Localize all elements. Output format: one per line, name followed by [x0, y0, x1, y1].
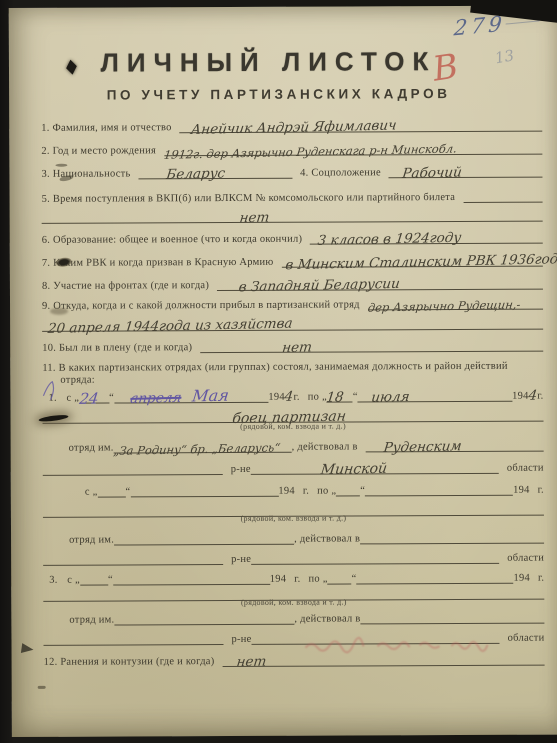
unit2-deystvoval-line — [360, 530, 544, 545]
field-captivity-value: нет — [281, 339, 313, 356]
field-rvk-label: 7. Каким РВК и когда призван в Красную А… — [42, 257, 274, 269]
unit3-position-hint: (рядовой, ком. взвода и т. д.) — [163, 597, 424, 607]
unit3-from-g: г. — [294, 574, 300, 585]
unit3-to-year-printed: 194 — [513, 573, 530, 584]
unit1-position-hint-row: (рядовой, ком. взвода и т. д.) — [43, 420, 544, 432]
field-birth-label: 2. Год и место рождения — [41, 145, 156, 157]
field-birth-line: 1912г. дер Азярычно Руденскага р-н Минск… — [164, 141, 542, 157]
field-arrival-line2: 20 апреля 1944года из хазяйства — [42, 316, 543, 332]
field-captivity: 10. Был ли в плену (где и когда) нет — [42, 336, 543, 354]
field-social-value: Рабочий — [402, 164, 463, 181]
unit1-from-open: с „ — [66, 393, 79, 404]
paper-sheet: 279 В 13 ЛИЧНЫЙ ЛИСТОК ПО УЧЕТУ ПАРТИЗАН… — [9, 6, 557, 737]
field-party-line: нет — [42, 208, 543, 224]
field-fronts-line: в Западняй Беларусии — [217, 276, 543, 291]
unit3-district-blank — [43, 631, 223, 646]
field-nationality-label: 3. Национальность — [41, 168, 130, 179]
unit1-from-month: Мая — [191, 386, 230, 405]
unit3-to-day-line — [328, 570, 352, 584]
unit2-otryad-line — [114, 531, 294, 546]
unit2-name-row: отряд им. , действовал в — [69, 528, 544, 546]
field-party-label-row: 5. Время поступления в ВКП(б) или ВЛКСМ … — [42, 187, 543, 205]
unit2-to-g: г. — [538, 485, 544, 496]
field-fronts-value: в Западняй Беларусии — [238, 276, 401, 296]
page-number-stamp: 279 — [453, 11, 507, 40]
field-surname: 1. Фамилия, имя и отчество Анейчик Андрэ… — [41, 116, 542, 134]
unit3-from-day-line — [80, 572, 108, 586]
unit1-to-year-digit: 4 — [528, 388, 539, 404]
unit1-oblast-label: области — [507, 463, 544, 474]
field-arrival-value1: дер Азярычно Рудещин,- — [367, 297, 521, 314]
unit2-oblast-label: области — [507, 553, 544, 564]
unit2-to-year-printed: 194 — [513, 485, 530, 496]
field-units-label2: отряда: — [60, 375, 95, 386]
paper-speck — [38, 686, 46, 689]
unit2-to-open: по „ — [317, 486, 336, 497]
unit1-from-month-crossed: апреля — [129, 390, 182, 407]
field-social-label: 4. Соцположение — [300, 167, 381, 178]
unit2-from-day-line — [98, 483, 126, 497]
field-arrival-label: 9. Откуда, когда и с какой должности при… — [42, 299, 360, 311]
unit2-from-year-printed: 194 — [278, 486, 295, 497]
field-captivity-line: нет — [200, 338, 543, 353]
unit2-otryad-label: отряд им. — [69, 535, 114, 546]
field-education: 6. Образование: общее и военное (что и к… — [42, 228, 543, 246]
field-education-value: 3 класов в 1924году — [317, 230, 462, 249]
field-arrival-line1: дер Азярычно Рудещин,- — [368, 296, 543, 311]
unit1-district-blank — [43, 461, 223, 476]
unit3-from-year-printed: 194 — [270, 574, 287, 585]
field-nationality-social: 3. Национальность Беларус 4. Соцположени… — [41, 162, 542, 180]
unit2-position-hint: (рядовой, ком. взвода и т. д.) — [163, 513, 424, 523]
scanned-document: 279 В 13 ЛИЧНЫЙ ЛИСТОК ПО УЧЕТУ ПАРТИЗАН… — [0, 0, 557, 743]
unit1-position-hint: (рядовой, ком. взвода и т. д.) — [163, 421, 424, 431]
unit1-rne-label: р-не — [231, 464, 251, 475]
field-surname-label: 1. Фамилия, имя и отчество — [41, 122, 171, 134]
unit1-to-day: 18 — [326, 389, 345, 405]
unit2-rne-label: р-не — [231, 554, 251, 565]
field-party-label: 5. Время поступления в ВКП(б) или ВЛКСМ … — [42, 192, 456, 205]
field-fronts: 8. Участие на фронтах (где и когда) в За… — [42, 274, 543, 292]
unit1-deystvoval-line: Руденским — [366, 438, 544, 453]
field-birth-value: 1912г. дер Азярычно Руденскага р-н Минск… — [163, 141, 457, 161]
field-captivity-label: 10. Был ли в плену (где и когда) — [42, 342, 192, 354]
unit1-from-year-printed: 194 — [268, 392, 285, 403]
unit1-to-year-printed: 194 — [512, 391, 529, 402]
unit3-name-row: отряд им. , действовал в — [69, 608, 544, 626]
field-arrival-label-row: 9. Откуда, когда и с какой должности при… — [42, 294, 543, 312]
field-rvk-line: в Минским Сталинским РВК 1936году. — [281, 253, 542, 268]
unit1-dates-row: 1. с „ 24 “ апреля Мая 194 4 г. по „ 18 … — [48, 386, 543, 404]
faded-red-annotation — [301, 636, 521, 655]
unit2-district-row: р-не области — [43, 548, 544, 566]
unit1-otryad-label: отряд им. — [69, 443, 114, 454]
unit3-to-month-line — [357, 570, 514, 585]
unit2-dates-row: с „ “ 194 г. по „ “ 194 г. — [85, 480, 544, 498]
field-wounds-label: 12. Ранения и контузии (где и когда) — [44, 656, 215, 668]
field-arrival-answer-row: 20 апреля 1944года из хазяйства — [42, 314, 543, 332]
field-party-short-line — [463, 189, 543, 203]
unit1-rne-value: Минской — [320, 461, 388, 478]
unit1-from-g: г. — [293, 392, 299, 403]
unit1-to-day-line: 18 — [327, 388, 353, 402]
unit1-rne-line: Минской — [251, 460, 499, 475]
unit2-from-g: г. — [303, 486, 309, 497]
paper-smudge — [50, 308, 68, 315]
field-surname-value: Анейчик Андрэй Яфимлавич — [191, 117, 398, 137]
unit2-from-open: с „ — [85, 487, 98, 498]
document-subtitle: ПО УЧЕТУ ПАРТИЗАНСКИХ КАДРОВ — [9, 86, 548, 103]
field-birth: 2. Год и место рождения 1912г. дер Азяры… — [41, 139, 542, 157]
unit1-from-day: 24 — [78, 389, 99, 407]
unit1-to-open: по „ — [308, 392, 327, 403]
unit3-to-g: г. — [538, 573, 544, 584]
field-social-line: Рабочий — [389, 164, 543, 179]
unit3-position-hint-row: (рядовой, ком. взвода и т. д.) — [43, 596, 544, 608]
margin-arrow-mark — [21, 643, 34, 655]
field-fronts-label: 8. Участие на фронтах (где и когда) — [42, 280, 209, 292]
unit1-deystvoval-value: Руденским — [383, 438, 463, 456]
unit1-to-g: г. — [537, 391, 543, 402]
field-units-heading2: отряда: — [60, 368, 543, 386]
unit3-from-open: с „ — [67, 575, 80, 586]
unit3-deystvoval-label: , действовал в — [294, 613, 360, 624]
document-title: ЛИЧНЫЙ ЛИСТОК — [9, 46, 528, 79]
unit3-from-month-line — [113, 571, 270, 586]
field-rvk: 7. Каким РВК и когда призван в Красную А… — [42, 251, 543, 269]
unit1-otryad-line: „За Родину“ бр. „Беларусь“ — [114, 439, 292, 454]
field-rvk-value: в Минским Сталинским РВК 1936году. — [284, 251, 557, 273]
unit2-position-hint-row: (рядовой, ком. взвода и т. д.) — [43, 512, 544, 524]
unit2-rne-line — [251, 550, 499, 565]
field-surname-line: Анейчик Андрэй Яфимлавич — [180, 118, 543, 134]
unit1-from-month-line: апреля Мая — [114, 389, 268, 404]
unit1-from-day-line: 24 — [79, 390, 109, 404]
field-arrival-value2: 20 апреля 1944года из хазяйства — [47, 316, 294, 337]
field-education-label: 6. Образование: общее и военное (что и к… — [42, 234, 302, 246]
field-nationality-line: Беларус — [138, 165, 292, 180]
unit3-number: 3. — [49, 575, 67, 586]
field-party-answer-row: нет — [42, 206, 543, 224]
unit2-from-month-line — [130, 483, 278, 498]
unit1-district-row: р-не Минской области — [43, 458, 544, 476]
margin-check-mark — [40, 380, 60, 402]
unit2-deystvoval-label: , действовал в — [294, 533, 360, 544]
unit3-deystvoval-line — [361, 610, 545, 625]
unit1-otryad-value: „За Родину“ бр. „Беларусь“ — [113, 440, 282, 458]
field-wounds-value: нет — [235, 654, 267, 671]
field-party-value: нет — [239, 210, 271, 227]
field-nationality-value: Беларус — [166, 166, 227, 183]
unit1-deystvoval-label: , действовал в — [292, 441, 358, 452]
unit2-to-month-line — [365, 482, 513, 497]
unit3-rne-label: р-не — [231, 634, 251, 645]
field-education-line: 3 класов в 1924году — [310, 230, 543, 245]
unit1-to-month-line: июля — [358, 388, 512, 403]
unit1-name-row: отряд им. „За Родину“ бр. „Беларусь“ , д… — [69, 436, 544, 454]
unit3-otryad-label: отряд им. — [69, 615, 114, 626]
unit3-otryad-line — [114, 611, 294, 626]
unit1-to-month: июля — [371, 389, 411, 406]
unit3-to-open: по „ — [308, 574, 327, 585]
unit2-to-day-line — [336, 482, 360, 496]
unit2-district-blank — [43, 551, 223, 566]
